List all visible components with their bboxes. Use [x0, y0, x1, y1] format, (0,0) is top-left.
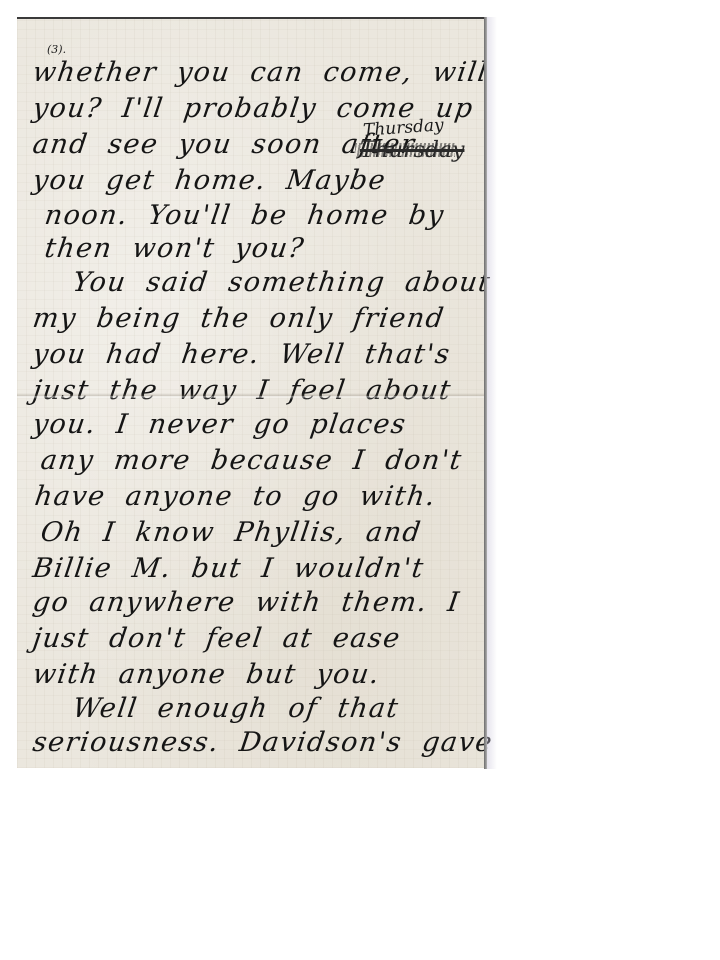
letter-line: seriousness. Davidson's gave	[31, 729, 495, 756]
letter-line: then won't you?	[43, 235, 306, 262]
letter-line: my being the only friend	[31, 305, 446, 332]
letter-line: you get home. Maybe	[31, 167, 388, 194]
letter-line: noon. You'll be home by	[43, 202, 446, 229]
letter-line: you. I never go places	[31, 411, 408, 438]
letter-line: just don't feel at ease	[31, 625, 403, 652]
paper-fold	[17, 393, 485, 399]
scribble-mark	[355, 143, 455, 157]
letter-line: you had here. Well that's	[31, 341, 452, 368]
letter-line: You said something about	[71, 269, 493, 296]
paper-shadow	[487, 17, 497, 769]
scan-canvas: (3). whether you can come, will you? I'l…	[0, 0, 720, 960]
letter-line: whether you can come, will	[31, 59, 490, 86]
letter-line: Oh I know Phyllis, and	[39, 519, 423, 546]
letter-line: Well enough of that	[71, 695, 401, 722]
letter-line: just the way I feel about	[31, 377, 453, 404]
letter-line: with anyone but you.	[31, 661, 382, 688]
letter-line: have anyone to go with.	[33, 483, 438, 510]
letter-line: go anywhere with them. I	[31, 589, 462, 616]
page-number: (3).	[47, 43, 66, 56]
letter-line: any more because I don't	[39, 447, 464, 474]
letter-line: Billie M. but I wouldn't	[31, 555, 426, 582]
